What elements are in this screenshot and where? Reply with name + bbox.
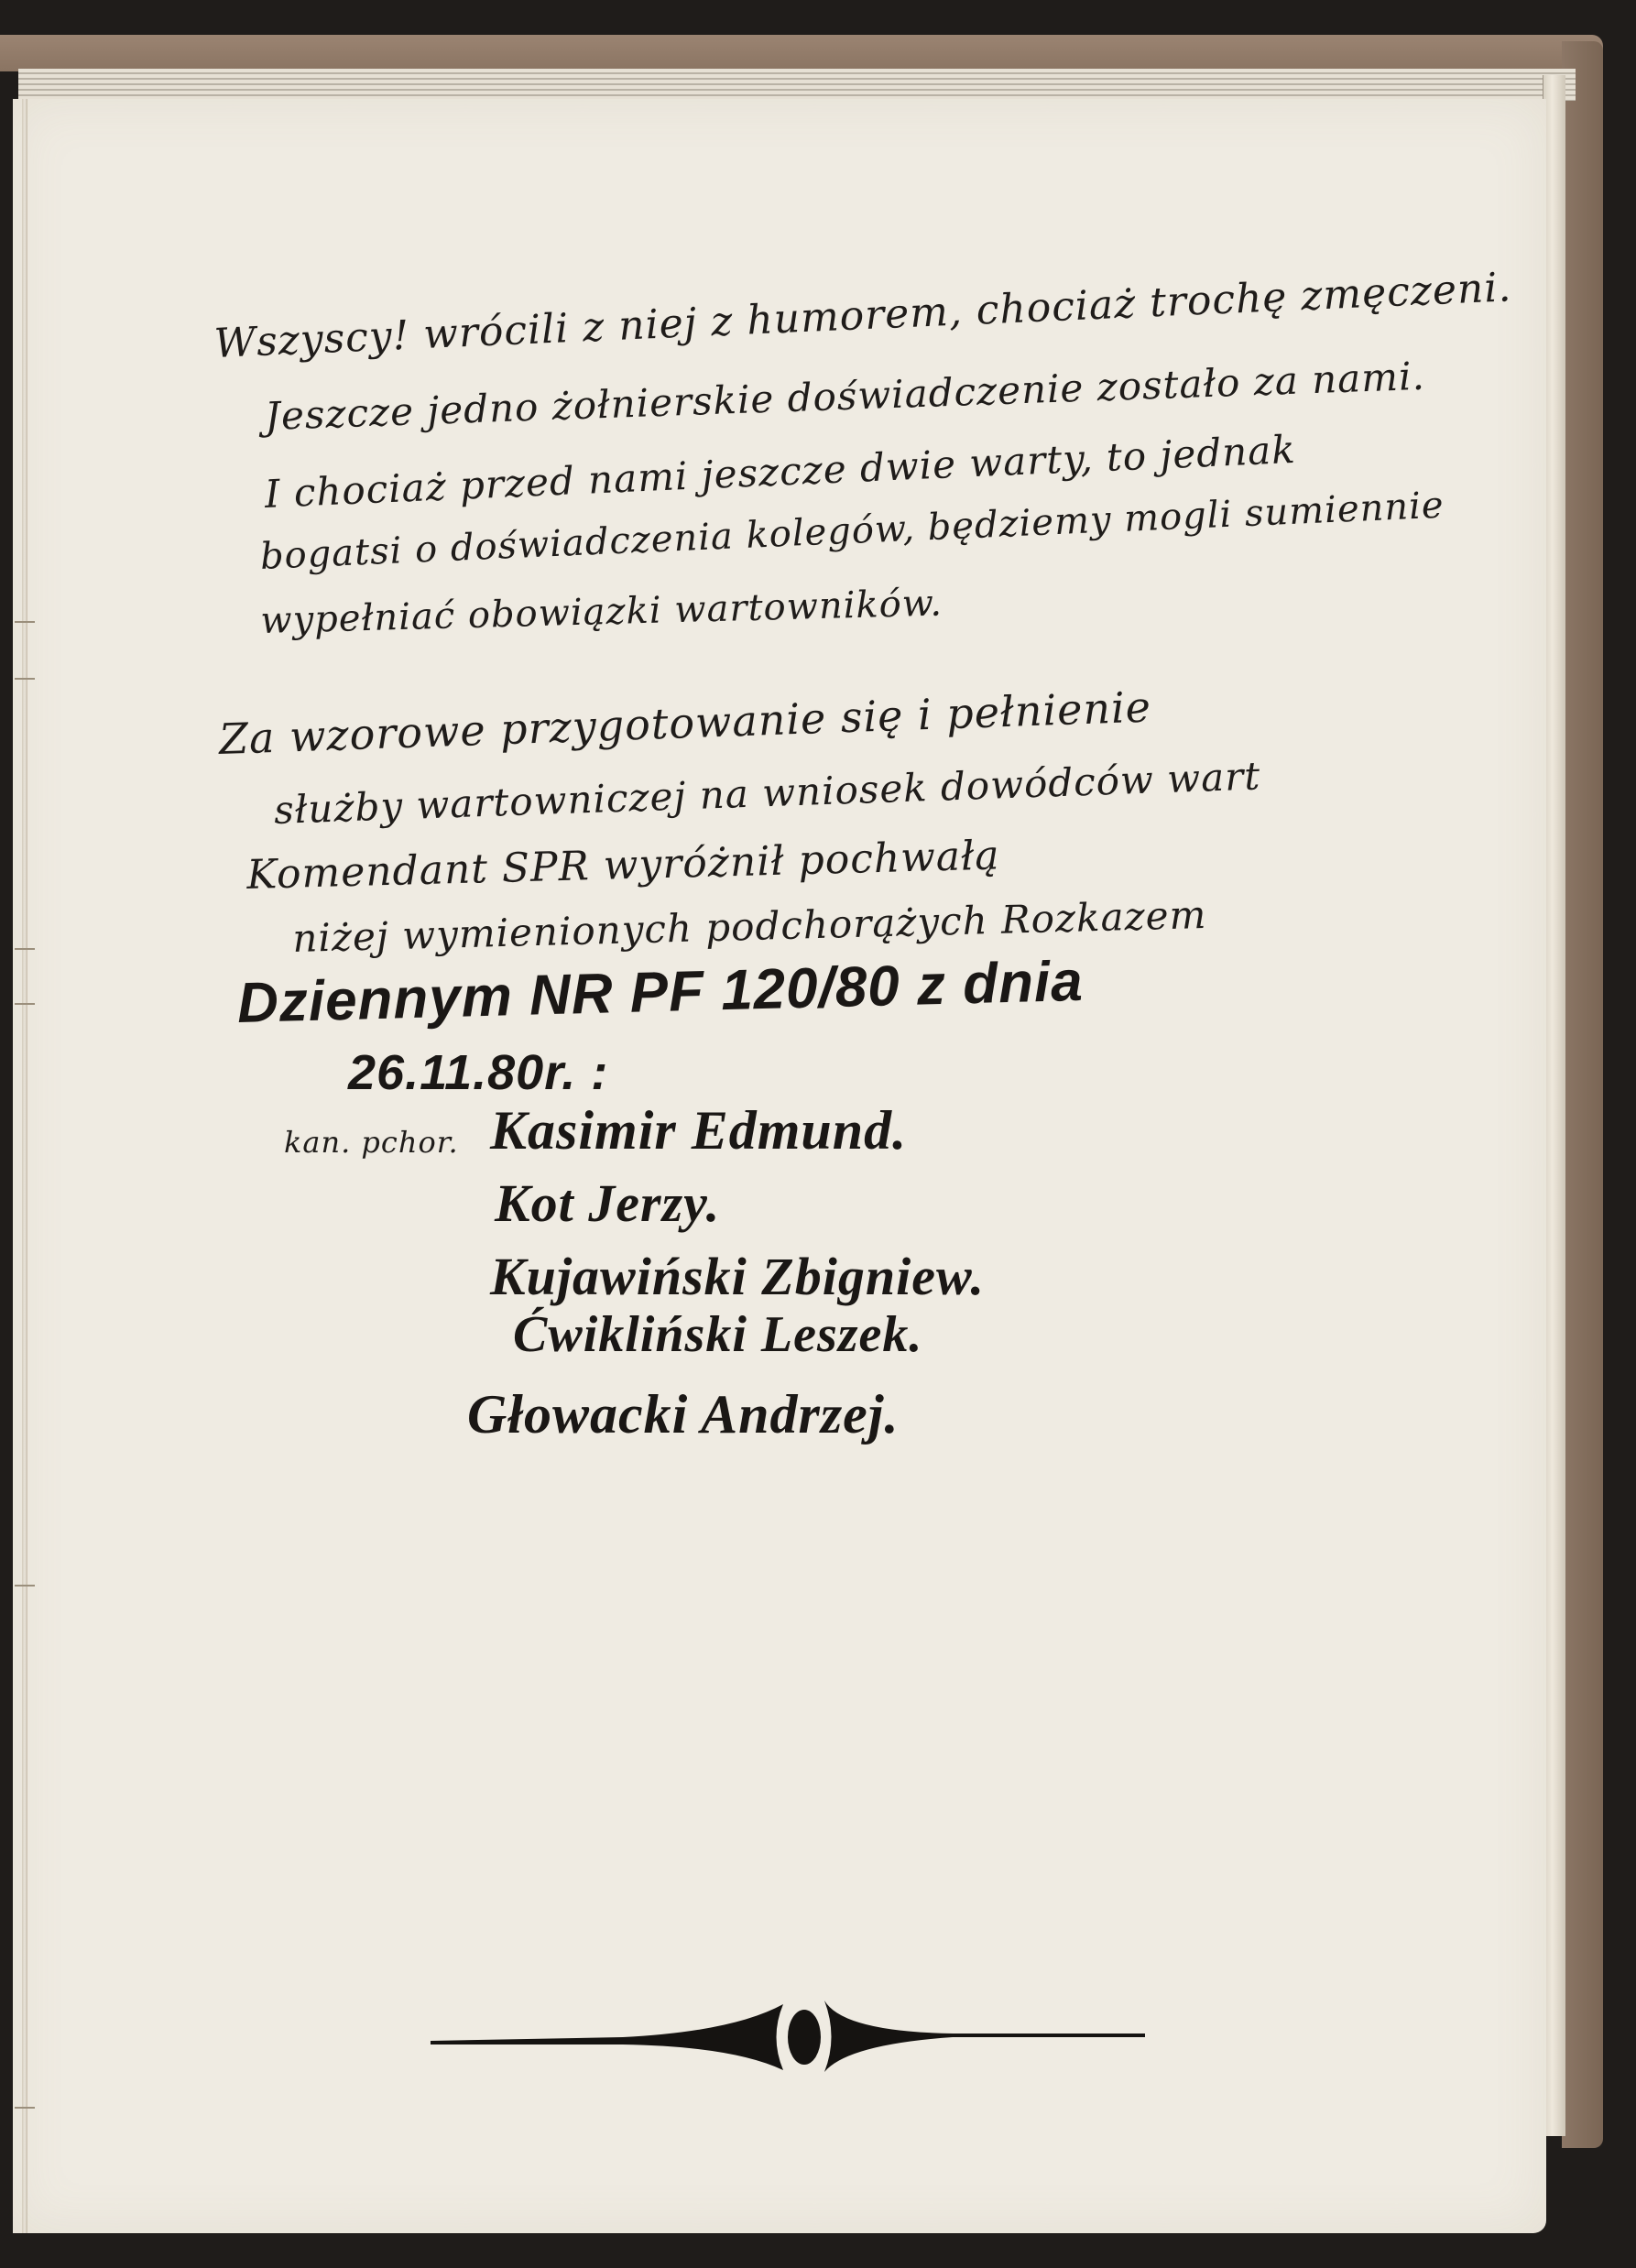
binding-thread — [22, 99, 27, 2233]
honoree-name: Kasimir Edmund. — [490, 1099, 907, 1162]
divider-ornament-icon — [431, 1997, 1145, 2079]
honoree-name: Kujawiński Zbigniew. — [490, 1246, 985, 1307]
book-cover-top — [0, 35, 1603, 71]
binding-stitch — [15, 1585, 35, 1587]
binding-stitch — [15, 678, 35, 680]
honoree-name: Ćwikliński Leszek. — [513, 1305, 922, 1364]
book-cover-right — [1562, 41, 1603, 2148]
binding-stitch — [15, 2107, 35, 2109]
binding-stitch — [15, 621, 35, 623]
rank-prefix: kan. pchor. — [284, 1125, 459, 1160]
honoree-name: Kot Jerzy. — [495, 1172, 720, 1234]
binding-stitch — [15, 948, 35, 950]
page-stack-edge — [18, 69, 1576, 101]
honoree-name: Głowacki Andrzej. — [467, 1383, 899, 1446]
binding-stitch — [15, 1003, 35, 1005]
order-date: 26.11.80r. : — [348, 1044, 608, 1101]
